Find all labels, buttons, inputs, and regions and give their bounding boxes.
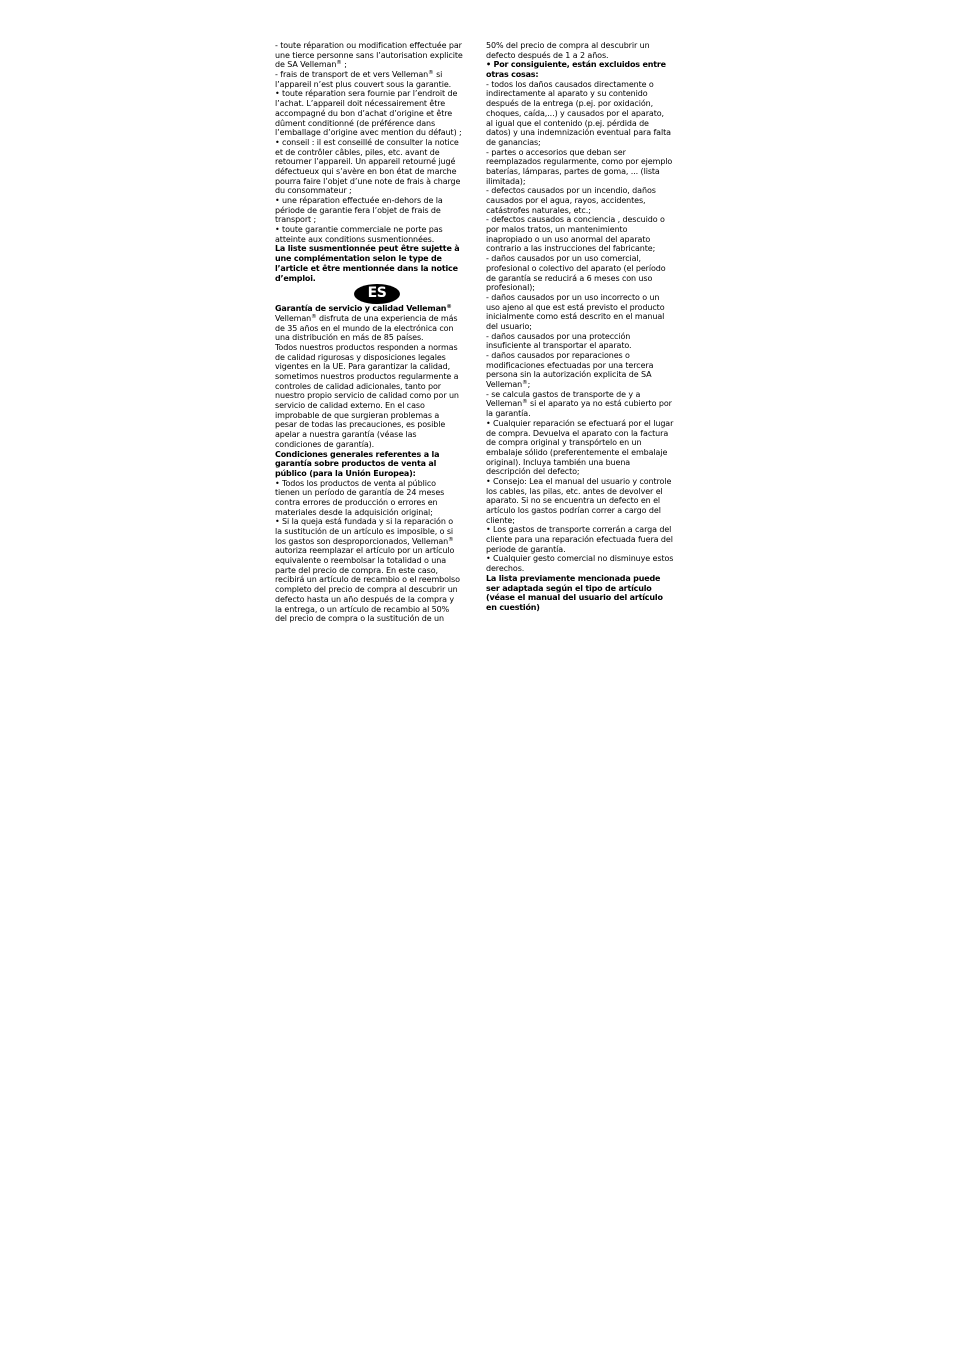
es-exclusions-heading: • Por consiguiente, están excluidos entr… bbox=[486, 60, 690, 79]
language-badge-row: ES bbox=[275, 283, 479, 304]
text-line: une complémentation selon le type de bbox=[275, 254, 479, 264]
text-line: • toute garantie commerciale ne porte pa… bbox=[275, 225, 479, 235]
text-line: insuficiente al transportar el aparato. bbox=[486, 341, 690, 351]
text-line: indirectamente al aparato y su contenido bbox=[486, 89, 690, 99]
es-conditions-terms: • Todos los productos de venta al públic… bbox=[275, 479, 479, 624]
text-line: condiciones de garantía). bbox=[275, 440, 479, 450]
text-line: • Cualquier reparación se efectuará por … bbox=[486, 419, 690, 429]
text-line: por malos tratos, un mantenimiento bbox=[486, 225, 690, 235]
text-line: artículo los gastos podrían correr a car… bbox=[486, 506, 690, 516]
text-line: tienen un período de garantía de 24 mese… bbox=[275, 488, 479, 498]
text-line: • Si la queja está fundada y si la repar… bbox=[275, 517, 479, 527]
text-line: Velleman® si el aparato ya no está cubie… bbox=[486, 399, 690, 409]
text-line: - toute réparation ou modification effec… bbox=[275, 41, 479, 51]
text-line: période de garantie fera l’objet de frai… bbox=[275, 206, 479, 216]
text-line: - partes o accesorios que deban ser bbox=[486, 148, 690, 158]
text-line: La lista previamente mencionada puede bbox=[486, 574, 690, 584]
text-line: recibirá un artículo de recambio o el re… bbox=[275, 575, 479, 585]
text-line: datos) y una indemnización eventual para… bbox=[486, 128, 690, 138]
text-line: del precio de compra o la sustitución de… bbox=[275, 614, 479, 624]
text-line: - daños causados por un uso incorrecto o… bbox=[486, 293, 690, 303]
text-line: contra errores de producción o errores e… bbox=[275, 498, 479, 508]
text-line: derechos. bbox=[486, 564, 690, 574]
text-line: al igual que el contenido (p.ej. pérdida… bbox=[486, 119, 690, 129]
text-line: pourra faire l’objet d’une note de frais… bbox=[275, 177, 479, 187]
text-line: de SA Velleman® ; bbox=[275, 60, 479, 70]
text-line: después de la entrega (p.ej. por oxidaci… bbox=[486, 99, 690, 109]
text-line: - frais de transport de et vers Velleman… bbox=[275, 70, 479, 80]
text-line: l’article et être mentionnée dans la not… bbox=[275, 264, 479, 274]
text-line: reemplazados regularmente, como por ejem… bbox=[486, 157, 690, 167]
registered-trademark-symbol: ® bbox=[522, 399, 528, 405]
text-line: Velleman® disfruta de una experiencia de… bbox=[275, 314, 479, 324]
es-conditions-heading: Condiciones generales referentes a lagar… bbox=[275, 450, 479, 479]
text-line: choques, caída,...) y causados por el ap… bbox=[486, 109, 690, 119]
es-warranty-intro: Velleman® disfruta de una experiencia de… bbox=[275, 314, 479, 450]
text-line: • Cualquier gesto comercial no disminuye… bbox=[486, 554, 690, 564]
text-line: periode de garantía. bbox=[486, 545, 690, 555]
text-line: la garantía. bbox=[486, 409, 690, 419]
text-line: transport ; bbox=[275, 215, 479, 225]
text-line: defecto hasta un año después de la compr… bbox=[275, 595, 479, 605]
text-line: sometimos nuestros productos regularment… bbox=[275, 372, 479, 382]
text-line: du consommateur ; bbox=[275, 186, 479, 196]
text-line: • une réparation effectuée en-dehors de … bbox=[275, 196, 479, 206]
es-language-badge: ES bbox=[354, 284, 400, 304]
registered-trademark-symbol: ® bbox=[428, 70, 434, 76]
text-line: (véase el manual del usuario del artícul… bbox=[486, 593, 690, 603]
registered-trademark-symbol: ® bbox=[448, 537, 454, 543]
es-exclusions-list: - todos los daños causados directamente … bbox=[486, 80, 690, 574]
text-line: inicialmente como está descrito en el ma… bbox=[486, 312, 690, 322]
registered-trademark-symbol: ® bbox=[336, 60, 342, 66]
text-line: cliente; bbox=[486, 516, 690, 526]
text-line: los cables, las pilas, etc. antes de dev… bbox=[486, 487, 690, 497]
text-line: - todos los daños causados directamente … bbox=[486, 80, 690, 90]
text-line: - se calcula gastos de transporte de y a bbox=[486, 390, 690, 400]
text-line: de ganancias; bbox=[486, 138, 690, 148]
registered-trademark-symbol: ® bbox=[446, 304, 452, 310]
text-line: servicio de calidad externo. En el caso bbox=[275, 401, 479, 411]
text-line: ser adaptada según el tipo de artículo bbox=[486, 584, 690, 594]
text-line: pesar de todas las precauciones, es posi… bbox=[275, 420, 479, 430]
text-line: equivalente o reembolsar la totalidad o … bbox=[275, 556, 479, 566]
text-line: en cuestión) bbox=[486, 603, 690, 613]
text-line: • Todos los productos de venta al públic… bbox=[275, 479, 479, 489]
text-line: la sustitución de un artículo es imposib… bbox=[275, 527, 479, 537]
text-line: parte del precio de compra. En este caso… bbox=[275, 566, 479, 576]
text-line: - defectos causados por un incendio, dañ… bbox=[486, 186, 690, 196]
text-line: - daños causados por un uso comercial, bbox=[486, 254, 690, 264]
es-refund-continued: 50% del precio de compra al descubrir un… bbox=[486, 41, 690, 60]
text-line: embalaje sólido (preferentemente el emba… bbox=[486, 448, 690, 458]
text-line: vigentes en la UE. Para garantizar la ca… bbox=[275, 362, 479, 372]
text-line: autoriza reemplazar el artículo por un a… bbox=[275, 546, 479, 556]
text-line: baterías, lámparas, partes de goma, ... … bbox=[486, 167, 690, 177]
text-line: apelar a nuestra garantía (véase las bbox=[275, 430, 479, 440]
text-line: persona sin la autorización explicita de… bbox=[486, 370, 690, 380]
text-line: de compra original y transpórtelo en un bbox=[486, 438, 690, 448]
text-line: l’appareil n’est plus couvert sous la ga… bbox=[275, 80, 479, 90]
text-line: descripción del defecto; bbox=[486, 467, 690, 477]
text-line: otras cosas: bbox=[486, 70, 690, 80]
text-line: modificaciones efectuadas por una tercer… bbox=[486, 361, 690, 371]
text-line: inapropiado o un uso anormal del aparato bbox=[486, 235, 690, 245]
text-line: et de contrôler câbles, piles, etc. avan… bbox=[275, 148, 479, 158]
text-line: La liste susmentionnée peut être sujette… bbox=[275, 244, 479, 254]
text-line: • toute réparation sera fournie par l’en… bbox=[275, 89, 479, 99]
text-line: l’achat. L’appareil doit nécessairement … bbox=[275, 99, 479, 109]
text-line: defecto después de 1 a 2 años. bbox=[486, 51, 690, 61]
text-line: 50% del precio de compra al descubrir un bbox=[486, 41, 690, 51]
text-line: los gastos son desproporcionados, Vellem… bbox=[275, 537, 479, 547]
text-line: de compra. Devuelva el aparato con la fa… bbox=[486, 429, 690, 439]
text-line: ilimitada); bbox=[486, 177, 690, 187]
text-line: Todos nuestros productos responden a nor… bbox=[275, 343, 479, 353]
text-line: • conseil : il est conseillé de consulte… bbox=[275, 138, 479, 148]
text-line: retourner l’appareil. Un appareil retour… bbox=[275, 157, 479, 167]
text-line: público (para la Unión Europea): bbox=[275, 469, 479, 479]
text-line: accompagné du bon d’achat d’origine et ê… bbox=[275, 109, 479, 119]
text-line: uso ajeno al que est está previsto el pr… bbox=[486, 303, 690, 313]
text-line: cliente para una reparación efectuada fu… bbox=[486, 535, 690, 545]
es-warranty-title: Garantía de servicio y calidad Velleman® bbox=[275, 304, 479, 314]
text-line: una distribución en más de 85 países. bbox=[275, 333, 479, 343]
text-line: catástrofes naturales, etc.; bbox=[486, 206, 690, 216]
text-line: causados por el agua, rayos, accidentes, bbox=[486, 196, 690, 206]
text-line: de 35 años en el mundo de la electrónica… bbox=[275, 324, 479, 334]
document-page: - toute réparation ou modification effec… bbox=[0, 0, 954, 1351]
text-line: de garantía se reducirá a 6 meses con us… bbox=[486, 274, 690, 284]
es-final-note: La lista previamente mencionada puedeser… bbox=[486, 574, 690, 613]
text-line: Velleman®; bbox=[486, 380, 690, 390]
text-line: défectueux qui s’avère en bon état de ma… bbox=[275, 167, 479, 177]
text-line: original). Incluya también una buena bbox=[486, 458, 690, 468]
text-line: garantía sobre productos de venta al bbox=[275, 459, 479, 469]
text-line: - defectos causados a conciencia , descu… bbox=[486, 215, 690, 225]
text-line: • Por consiguiente, están excluidos entr… bbox=[486, 60, 690, 70]
text-line: de calidad rigurosas y disposiciones leg… bbox=[275, 353, 479, 363]
text-line: contrario a las instrucciones del fabric… bbox=[486, 244, 690, 254]
text-line: - daños causados por una protección bbox=[486, 332, 690, 342]
fr-warranty-terms: - toute réparation ou modification effec… bbox=[275, 41, 479, 244]
text-line: profesional); bbox=[486, 283, 690, 293]
text-line: profesional o colectivo del aparato (el … bbox=[486, 264, 690, 274]
text-line: del usuario; bbox=[486, 322, 690, 332]
text-line: dûment conditionné (de préférence dans bbox=[275, 119, 479, 129]
text-line: une tierce personne sans l’autorisation … bbox=[275, 51, 479, 61]
text-line: d’emploi. bbox=[275, 274, 479, 284]
registered-trademark-symbol: ® bbox=[522, 380, 528, 386]
text-line: improbable de que surgieran problemas a bbox=[275, 411, 479, 421]
registered-trademark-symbol: ® bbox=[311, 314, 317, 320]
text-line: controles de calidad adicionales, tanto … bbox=[275, 382, 479, 392]
text-line: nuestro propio servicio de calidad como … bbox=[275, 391, 479, 401]
text-line: - daños causados por reparaciones o bbox=[486, 351, 690, 361]
text-line: aparato. Si no se encuentra un defecto e… bbox=[486, 496, 690, 506]
text-line: materiales desde la adquisición original… bbox=[275, 508, 479, 518]
column-left: - toute réparation ou modification effec… bbox=[275, 41, 479, 624]
text-line: Condiciones generales referentes a la bbox=[275, 450, 479, 460]
text-line: • Consejo: Lea el manual del usuario y c… bbox=[486, 477, 690, 487]
text-line: atteinte aux conditions susmentionnées. bbox=[275, 235, 479, 245]
text-line: • Los gastos de transporte correrán a ca… bbox=[486, 525, 690, 535]
column-right: 50% del precio de compra al descubrir un… bbox=[486, 41, 690, 613]
text-line: completo del precio de compra al descubr… bbox=[275, 585, 479, 595]
text-line: Garantía de servicio y calidad Velleman® bbox=[275, 304, 479, 314]
fr-warranty-note: La liste susmentionnée peut être sujette… bbox=[275, 244, 479, 283]
text-line: la entrega, o un artículo de recambio al… bbox=[275, 605, 479, 615]
text-line: l’emballage d’origine avec mention du dé… bbox=[275, 128, 479, 138]
